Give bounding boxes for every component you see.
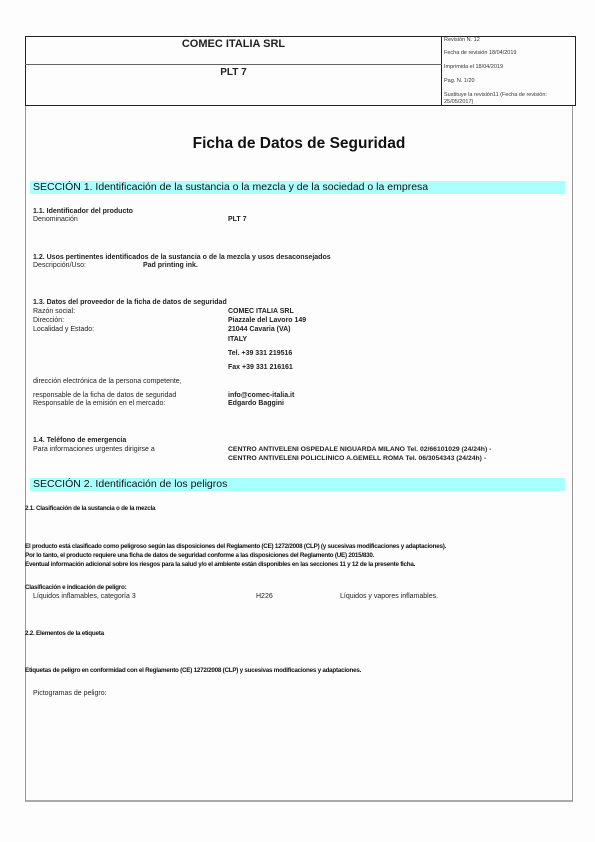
emergency-value-1: CENTRO ANTIVELENI OSPEDALE NIGUARDA MILA… — [228, 446, 491, 453]
s2-2-heading: 2.2. Elementos de la etiqueta — [25, 630, 104, 637]
emergency-value-2: CENTRO ANTIVELENI POLICLINICO A.GEMELL R… — [228, 455, 486, 462]
uso-value: Pad printing ink. — [143, 262, 198, 269]
revision-number: Revisión N. 12 — [444, 37, 572, 44]
direccion-label: Dirección: — [33, 317, 64, 324]
section-1-heading: SECCIÓN 1. Identificación de la sustanci… — [30, 181, 565, 194]
s1-3-heading: 1.3. Datos del proveedor de la ficha de … — [33, 299, 227, 306]
company-name: COMEC ITALIA SRL — [25, 38, 442, 50]
classification-para-2: Por lo tanto, el producto requiere una f… — [25, 552, 374, 559]
classification-para-1: El producto está clasificado como peligr… — [25, 543, 446, 550]
revision-date: Fecha de revisión 18/04/2019 — [444, 50, 572, 57]
printed-date: Imprimida el 18/04/2019 — [444, 64, 572, 71]
email-label-1: dirección electrónica de la persona comp… — [33, 378, 182, 385]
fax-value: Fax +39 331 216161 — [228, 364, 293, 371]
localidad-label: Localidad y Estado: — [33, 326, 94, 333]
denominacion-label: Denominación — [33, 216, 78, 223]
label-elements-para: Etiquetas de peligro en conformidad con … — [25, 667, 361, 674]
supersedes-line-2: 25/05/2017) — [444, 99, 572, 106]
product-name: PLT 7 — [25, 67, 442, 78]
email-label-2: responsable de la ficha de datos de segu… — [33, 392, 176, 399]
pictograms-label: Pictogramas de peligro: — [33, 690, 107, 697]
razon-social-label: Razón social: — [33, 308, 75, 315]
denominacion-value: PLT 7 — [228, 216, 247, 223]
responsible-label: Responsable de la emisión en el mercado: — [33, 400, 165, 407]
hazard-class: Líquidos inflamables, categoría 3 — [33, 593, 136, 600]
hazard-code: H226 — [256, 593, 273, 600]
tel-value: Tel. +39 331 219516 — [228, 350, 292, 357]
header-divider — [25, 64, 442, 65]
localidad-value: 21044 Cavaria (VA) — [228, 326, 291, 333]
s1-2-heading: 1.2. Usos pertinentes identificados de l… — [33, 254, 331, 261]
s1-4-heading: 1.4. Teléfono de emergencia — [33, 437, 126, 444]
country-value: ITALY — [228, 336, 247, 343]
responsible-value: Edgardo Baggini — [228, 400, 284, 407]
direccion-value: Piazzale del Lavoro 149 — [228, 317, 306, 324]
hazard-statement: Líquidos y vapores inflamables. — [340, 593, 438, 600]
razon-social-value: COMEC ITALIA SRL — [228, 308, 294, 315]
document-title: Ficha de Datos de Seguridad — [25, 135, 573, 153]
section-2-heading: SECCIÓN 2. Identificación de los peligro… — [30, 478, 565, 491]
emergency-label: Para informaciones urgentes dirigirse a — [33, 446, 155, 453]
page-number: Pag. N. 1/20 — [444, 78, 572, 85]
email-value: info@comec-italia.it — [228, 392, 294, 399]
classification-heading: Clasificación e indicación de peligro: — [25, 584, 126, 591]
uso-label: Descripción/Uso: — [33, 262, 86, 269]
s1-1-heading: 1.1. Identificador del producto — [33, 208, 133, 215]
s2-1-heading: 2.1. Clasificación de la sustancia o de … — [25, 505, 155, 512]
classification-para-3: Eventual información adicional sobre los… — [25, 561, 415, 568]
